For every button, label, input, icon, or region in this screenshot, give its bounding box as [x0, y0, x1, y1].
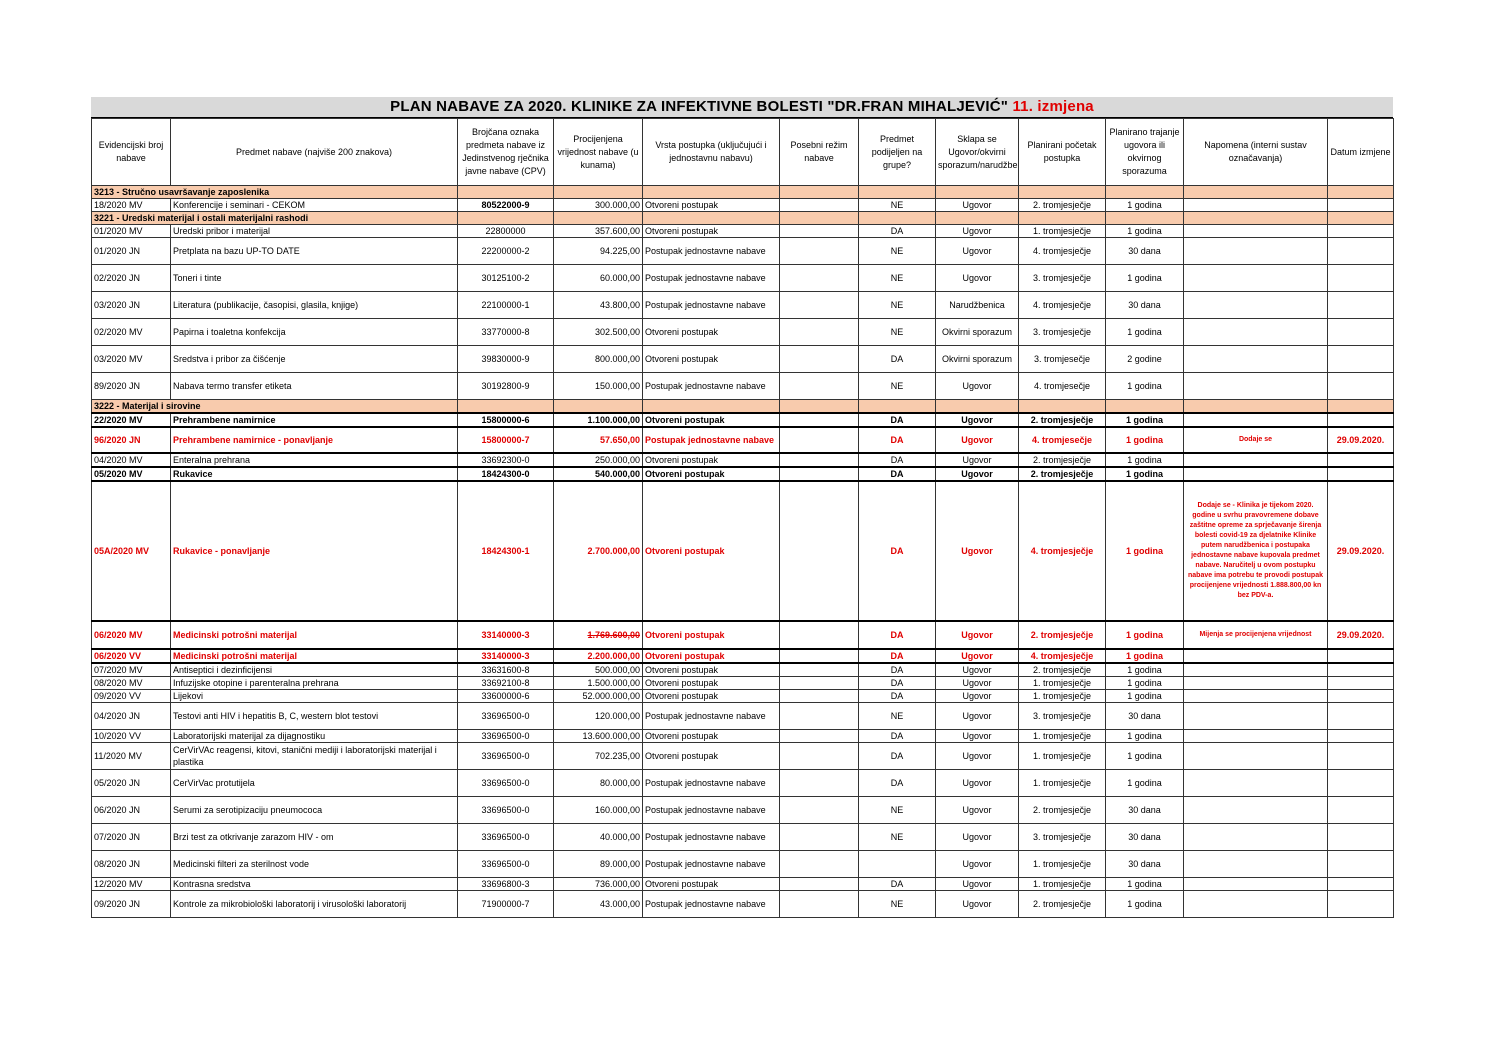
section-empty-cell	[780, 186, 859, 199]
cell-id: 09/2020 JN	[92, 891, 171, 918]
cell-duration: 1 godina	[1106, 413, 1184, 427]
cell-groups: DA	[859, 427, 936, 453]
cell-cpv: 33696800-3	[458, 878, 554, 891]
cell-duration: 1 godina	[1106, 730, 1184, 743]
cell-value: 40.000,00	[554, 824, 643, 851]
cell-duration: 30 dana	[1106, 238, 1184, 265]
cell-start: 1. tromjesječje	[1019, 878, 1106, 891]
cell-id: 01/2020 MV	[92, 225, 171, 238]
col-header: Predmet podijeljen na grupe?	[859, 119, 936, 186]
cell-note	[1184, 824, 1328, 851]
table-row: 89/2020 JNNabava termo transfer etiketa3…	[92, 373, 1394, 400]
cell-procedure: Postupak jednostavne nabave	[643, 770, 780, 797]
cell-duration: 1 godina	[1106, 427, 1184, 453]
cell-procedure: Otvoreni postupak	[643, 199, 780, 212]
cell-duration: 1 godina	[1106, 265, 1184, 292]
table-body: 3213 - Stručno usavršavanje zaposlenika1…	[92, 186, 1394, 918]
cell-special	[780, 690, 859, 703]
cell-value: 1.500.000,00	[554, 677, 643, 690]
table-row: 05/2020 JNCerVirVac protutijela33696500-…	[92, 770, 1394, 797]
section-empty-cell	[1106, 186, 1184, 199]
cell-cpv: 22100000-1	[458, 292, 554, 319]
table-row: 03/2020 JNLiteratura (publikacije, časop…	[92, 292, 1394, 319]
cell-contract: Ugovor	[936, 677, 1019, 690]
cell-special	[780, 730, 859, 743]
cell-id: 07/2020 MV	[92, 663, 171, 677]
cell-note	[1184, 730, 1328, 743]
cell-value: 43.800,00	[554, 292, 643, 319]
cell-date: 29.09.2020.	[1328, 427, 1394, 453]
cell-procedure: Postupak jednostavne nabave	[643, 851, 780, 878]
cell-start: 2. tromjesječje	[1019, 663, 1106, 677]
cell-procedure: Otvoreni postupak	[643, 225, 780, 238]
cell-subject: Kontrasna sredstva	[171, 878, 458, 891]
cell-date	[1328, 649, 1394, 663]
cell-groups: DA	[859, 690, 936, 703]
cell-cpv: 15800000-6	[458, 413, 554, 427]
cell-note	[1184, 649, 1328, 663]
cell-start: 4. tromjesječje	[1019, 238, 1106, 265]
cell-contract: Ugovor	[936, 690, 1019, 703]
cell-contract: Narudžbenica	[936, 292, 1019, 319]
cell-note	[1184, 467, 1328, 481]
cell-contract: Ugovor	[936, 199, 1019, 212]
cell-start: 4. tromjesečje	[1019, 427, 1106, 453]
cell-start: 2. tromjesječje	[1019, 453, 1106, 467]
cell-note	[1184, 878, 1328, 891]
cell-start: 2. tromjesječje	[1019, 891, 1106, 918]
cell-start: 1. tromjesječje	[1019, 770, 1106, 797]
cell-date	[1328, 413, 1394, 427]
cell-special	[780, 703, 859, 730]
section-empty-cell	[1184, 400, 1328, 414]
cell-contract: Ugovor	[936, 891, 1019, 918]
table-row: 07/2020 MVAntiseptici i dezinficijensi33…	[92, 663, 1394, 677]
cell-contract: Ugovor	[936, 621, 1019, 649]
cell-note	[1184, 292, 1328, 319]
cell-cpv: 30192800-9	[458, 373, 554, 400]
cell-subject: Papirna i toaletna konfekcija	[171, 319, 458, 346]
cell-contract: Ugovor	[936, 453, 1019, 467]
cell-value: 89.000,00	[554, 851, 643, 878]
cell-id: 08/2020 JN	[92, 851, 171, 878]
cell-procedure: Postupak jednostavne nabave	[643, 292, 780, 319]
cell-value: 1.769.600,00	[554, 621, 643, 649]
cell-duration: 30 dana	[1106, 292, 1184, 319]
cell-contract: Ugovor	[936, 703, 1019, 730]
cell-duration: 1 godina	[1106, 199, 1184, 212]
cell-start: 2. tromjesječje	[1019, 797, 1106, 824]
cell-id: 03/2020 JN	[92, 292, 171, 319]
section-empty-cell	[1328, 400, 1394, 414]
table-row: 04/2020 MVEnteralna prehrana33692300-025…	[92, 453, 1394, 467]
table-row: 01/2020 MVUredski pribor i materijal2280…	[92, 225, 1394, 238]
cell-note	[1184, 703, 1328, 730]
cell-id: 05/2020 JN	[92, 770, 171, 797]
cell-groups: NE	[859, 265, 936, 292]
cell-start: 1. tromjesječje	[1019, 690, 1106, 703]
col-header: Planirano trajanje ugovora ili okvirnog …	[1106, 119, 1184, 186]
cell-value: 2.200.000,00	[554, 649, 643, 663]
cell-procedure: Otvoreni postupak	[643, 467, 780, 481]
table-row: 03/2020 MVSredstva i pribor za čišćenje3…	[92, 346, 1394, 373]
cell-start: 4. tromjesječje	[1019, 649, 1106, 663]
cell-procedure: Otvoreni postupak	[643, 319, 780, 346]
section-empty-cell	[1328, 212, 1394, 225]
table-row: 08/2020 JNMedicinski filteri za sterilno…	[92, 851, 1394, 878]
cell-value: 357.600,00	[554, 225, 643, 238]
cell-procedure: Postupak jednostavne nabave	[643, 824, 780, 851]
cell-contract: Ugovor	[936, 649, 1019, 663]
cell-special	[780, 621, 859, 649]
cell-start: 3. tromjesječje	[1019, 319, 1106, 346]
cell-contract: Okvirni sporazum	[936, 346, 1019, 373]
cell-id: 02/2020 MV	[92, 319, 171, 346]
cell-id: 03/2020 MV	[92, 346, 171, 373]
cell-value: 736.000,00	[554, 878, 643, 891]
cell-note	[1184, 770, 1328, 797]
cell-value: 1.100.000,00	[554, 413, 643, 427]
cell-value: 13.600.000,00	[554, 730, 643, 743]
cell-duration: 30 dana	[1106, 824, 1184, 851]
section-empty-cell	[458, 186, 554, 199]
cell-cpv: 15800000-7	[458, 427, 554, 453]
cell-start: 1. tromjesječje	[1019, 677, 1106, 690]
cell-value: 94.225,00	[554, 238, 643, 265]
cell-procedure: Otvoreni postupak	[643, 481, 780, 621]
cell-date	[1328, 891, 1394, 918]
cell-special	[780, 292, 859, 319]
procurement-plan-sheet: PLAN NABAVE ZA 2020. KLINIKE ZA INFEKTIV…	[91, 97, 1393, 918]
table-row: 96/2020 JNPrehrambene namirnice - ponavl…	[92, 427, 1394, 453]
table-row: 01/2020 JNPretplata na bazu UP-TO DATE22…	[92, 238, 1394, 265]
cell-procedure: Postupak jednostavne nabave	[643, 238, 780, 265]
cell-cpv: 39830000-9	[458, 346, 554, 373]
title-main: PLAN NABAVE ZA 2020. KLINIKE ZA INFEKTIV…	[390, 98, 1008, 115]
cell-subject: Testovi anti HIV i hepatitis B, C, weste…	[171, 703, 458, 730]
cell-start: 4. tromjesečje	[1019, 373, 1106, 400]
section-empty-cell	[780, 212, 859, 225]
cell-subject: Medicinski potrošni materijal	[171, 621, 458, 649]
cell-start: 3. tromjesječje	[1019, 824, 1106, 851]
cell-subject: Rukavice - ponavljanje	[171, 481, 458, 621]
table-row: 06/2020 JNSerumi za serotipizaciju pneum…	[92, 797, 1394, 824]
cell-value: 120.000,00	[554, 703, 643, 730]
cell-date	[1328, 467, 1394, 481]
cell-value: 2.700.000,00	[554, 481, 643, 621]
cell-subject: Nabava termo transfer etiketa	[171, 373, 458, 400]
section-label: 3222 - Materijal i sirovine	[92, 400, 458, 414]
table-row: 04/2020 JNTestovi anti HIV i hepatitis B…	[92, 703, 1394, 730]
section-empty-cell	[859, 186, 936, 199]
section-empty-cell	[1184, 186, 1328, 199]
cell-subject: Prehrambene namirnice - ponavljanje	[171, 427, 458, 453]
cell-duration: 1 godina	[1106, 878, 1184, 891]
cell-start: 3. tromjesečje	[1019, 346, 1106, 373]
cell-id: 04/2020 MV	[92, 453, 171, 467]
cell-value: 80.000,00	[554, 770, 643, 797]
cell-date	[1328, 199, 1394, 212]
cell-duration: 30 dana	[1106, 851, 1184, 878]
section-empty-cell	[1184, 212, 1328, 225]
cell-date: 29.09.2020.	[1328, 481, 1394, 621]
cell-id: 12/2020 MV	[92, 878, 171, 891]
table-row: 10/2020 VVLaboratorijski materijal za di…	[92, 730, 1394, 743]
cell-date	[1328, 851, 1394, 878]
cell-contract: Ugovor	[936, 730, 1019, 743]
table-row: 09/2020 JNKontrole za mikrobiološki labo…	[92, 891, 1394, 918]
section-empty-cell	[1328, 186, 1394, 199]
table-row: 22/2020 MVPrehrambene namirnice15800000-…	[92, 413, 1394, 427]
cell-id: 04/2020 JN	[92, 703, 171, 730]
cell-date	[1328, 770, 1394, 797]
cell-date	[1328, 743, 1394, 770]
cell-contract: Ugovor	[936, 797, 1019, 824]
cell-subject: CerVirVac protutijela	[171, 770, 458, 797]
cell-value: 540.000,00	[554, 467, 643, 481]
cell-special	[780, 199, 859, 212]
table-row: 02/2020 JNToneri i tinte30125100-260.000…	[92, 265, 1394, 292]
cell-cpv: 22200000-2	[458, 238, 554, 265]
procurement-table: Evidencijski broj nabave Predmet nabave …	[91, 118, 1394, 918]
cell-subject: Prehrambene namirnice	[171, 413, 458, 427]
cell-id: 06/2020 VV	[92, 649, 171, 663]
cell-procedure: Postupak jednostavne nabave	[643, 797, 780, 824]
cell-subject: Medicinski potrošni materijal	[171, 649, 458, 663]
cell-cpv: 33696500-0	[458, 797, 554, 824]
cell-duration: 1 godina	[1106, 467, 1184, 481]
cell-groups: NE	[859, 891, 936, 918]
cell-start: 4. tromjesječje	[1019, 292, 1106, 319]
cell-id: 22/2020 MV	[92, 413, 171, 427]
cell-subject: Konferencije i seminari - CEKOM	[171, 199, 458, 212]
cell-note	[1184, 677, 1328, 690]
cell-special	[780, 319, 859, 346]
cell-cpv: 33696500-0	[458, 851, 554, 878]
cell-duration: 1 godina	[1106, 770, 1184, 797]
cell-special	[780, 453, 859, 467]
col-header: Predmet nabave (najviše 200 znakova)	[171, 119, 458, 186]
cell-procedure: Otvoreni postupak	[643, 453, 780, 467]
cell-procedure: Postupak jednostavne nabave	[643, 265, 780, 292]
cell-subject: Serumi za serotipizaciju pneumococa	[171, 797, 458, 824]
cell-subject: Kontrole za mikrobiološki laboratorij i …	[171, 891, 458, 918]
cell-id: 06/2020 MV	[92, 621, 171, 649]
cell-id: 05/2020 MV	[92, 467, 171, 481]
cell-id: 01/2020 JN	[92, 238, 171, 265]
cell-start: 2. tromjesječje	[1019, 467, 1106, 481]
cell-duration: 1 godina	[1106, 319, 1184, 346]
cell-subject: Pretplata na bazu UP-TO DATE	[171, 238, 458, 265]
cell-duration: 30 dana	[1106, 703, 1184, 730]
cell-special	[780, 238, 859, 265]
cell-groups: DA	[859, 649, 936, 663]
cell-cpv: 33140000-3	[458, 621, 554, 649]
cell-cpv: 80522000-9	[458, 199, 554, 212]
cell-groups: NE	[859, 373, 936, 400]
cell-contract: Ugovor	[936, 413, 1019, 427]
col-header: Planirani početak postupka	[1019, 119, 1106, 186]
cell-cpv: 33696500-0	[458, 770, 554, 797]
cell-date	[1328, 225, 1394, 238]
table-row: 05/2020 MVRukavice18424300-0540.000,00Ot…	[92, 467, 1394, 481]
cell-duration: 30 dana	[1106, 797, 1184, 824]
table-row: 07/2020 JNBrzi test za otkrivanje zarazo…	[92, 824, 1394, 851]
section-empty-cell	[936, 400, 1019, 414]
cell-duration: 1 godina	[1106, 481, 1184, 621]
cell-subject: Lijekovi	[171, 690, 458, 703]
cell-cpv: 33696500-0	[458, 703, 554, 730]
section-empty-cell	[936, 186, 1019, 199]
cell-duration: 1 godina	[1106, 621, 1184, 649]
cell-note	[1184, 413, 1328, 427]
cell-procedure: Otvoreni postupak	[643, 663, 780, 677]
cell-date	[1328, 690, 1394, 703]
cell-note	[1184, 199, 1328, 212]
cell-cpv: 33631600-8	[458, 663, 554, 677]
cell-special	[780, 878, 859, 891]
section-empty-cell	[458, 400, 554, 414]
cell-duration: 1 godina	[1106, 663, 1184, 677]
cell-groups: NE	[859, 199, 936, 212]
cell-procedure: Otvoreni postupak	[643, 413, 780, 427]
cell-groups: DA	[859, 453, 936, 467]
col-header: Evidencijski broj nabave	[92, 119, 171, 186]
col-header: Vrsta postupka (uključujući i jednostavn…	[643, 119, 780, 186]
cell-id: 11/2020 MV	[92, 743, 171, 770]
section-empty-cell	[458, 212, 554, 225]
cell-duration: 1 godina	[1106, 690, 1184, 703]
cell-date	[1328, 878, 1394, 891]
col-header: Brojčana oznaka predmeta nabave iz Jedin…	[458, 119, 554, 186]
cell-procedure: Postupak jednostavne nabave	[643, 891, 780, 918]
section-empty-cell	[1106, 400, 1184, 414]
cell-procedure: Postupak jednostavne nabave	[643, 427, 780, 453]
cell-value: 500.000,00	[554, 663, 643, 677]
cell-special	[780, 427, 859, 453]
cell-note: Mijenja se procijenjena vrijednost	[1184, 621, 1328, 649]
cell-groups: DA	[859, 346, 936, 373]
cell-date	[1328, 373, 1394, 400]
cell-groups: NE	[859, 319, 936, 346]
cell-groups: NE	[859, 703, 936, 730]
cell-start: 1. tromjesječje	[1019, 851, 1106, 878]
cell-special	[780, 467, 859, 481]
cell-value: 57.650,00	[554, 427, 643, 453]
cell-date	[1328, 663, 1394, 677]
table-row: 06/2020 MVMedicinski potrošni materijal3…	[92, 621, 1394, 649]
cell-duration: 1 godina	[1106, 225, 1184, 238]
cell-date	[1328, 703, 1394, 730]
cell-subject: Sredstva i pribor za čišćenje	[171, 346, 458, 373]
cell-cpv: 22800000	[458, 225, 554, 238]
cell-special	[780, 824, 859, 851]
cell-special	[780, 225, 859, 238]
cell-duration: 1 godina	[1106, 891, 1184, 918]
cell-note	[1184, 225, 1328, 238]
cell-id: 05A/2020 MV	[92, 481, 171, 621]
cell-subject: Brzi test za otkrivanje zarazom HIV - om	[171, 824, 458, 851]
cell-note	[1184, 373, 1328, 400]
cell-special	[780, 770, 859, 797]
cell-duration: 1 godina	[1106, 649, 1184, 663]
cell-subject: Literatura (publikacije, časopisi, glasi…	[171, 292, 458, 319]
section-empty-cell	[859, 400, 936, 414]
cell-note	[1184, 238, 1328, 265]
cell-procedure: Postupak jednostavne nabave	[643, 373, 780, 400]
table-row: 08/2020 MVInfuzijske otopine i parentera…	[92, 677, 1394, 690]
cell-procedure: Otvoreni postupak	[643, 649, 780, 663]
cell-note	[1184, 319, 1328, 346]
section-empty-cell	[780, 400, 859, 414]
cell-value: 160.000,00	[554, 797, 643, 824]
cell-note	[1184, 891, 1328, 918]
cell-note	[1184, 797, 1328, 824]
cell-procedure: Otvoreni postupak	[643, 878, 780, 891]
cell-special	[780, 677, 859, 690]
section-empty-cell	[1019, 186, 1106, 199]
section-empty-cell	[1019, 400, 1106, 414]
cell-contract: Ugovor	[936, 851, 1019, 878]
section-empty-cell	[643, 212, 780, 225]
cell-date	[1328, 677, 1394, 690]
cell-note	[1184, 690, 1328, 703]
cell-start: 4. tromjesječje	[1019, 481, 1106, 621]
cell-date	[1328, 265, 1394, 292]
cell-special	[780, 481, 859, 621]
cell-value: 150.000,00	[554, 373, 643, 400]
cell-special	[780, 891, 859, 918]
cell-contract: Ugovor	[936, 427, 1019, 453]
cell-cpv: 33600000-6	[458, 690, 554, 703]
cell-date	[1328, 346, 1394, 373]
revision-label: 11. izmjena	[1012, 98, 1093, 115]
cell-cpv: 33692300-0	[458, 453, 554, 467]
table-row: 02/2020 MVPapirna i toaletna konfekcija3…	[92, 319, 1394, 346]
col-header: Sklapa se Ugovor/okvirni sporazum/narudž…	[936, 119, 1019, 186]
col-header: Procijenjena vrijednost nabave (u kunama…	[554, 119, 643, 186]
cell-start: 3. tromjesječje	[1019, 703, 1106, 730]
cell-cpv: 33770000-8	[458, 319, 554, 346]
header-row: Evidencijski broj nabave Predmet nabave …	[92, 119, 1394, 186]
cell-special	[780, 743, 859, 770]
cell-duration: 1 godina	[1106, 743, 1184, 770]
cell-value: 52.000.000,00	[554, 690, 643, 703]
cell-note: Dodaje se - Klinika je tijekom 2020. god…	[1184, 481, 1328, 621]
section-empty-cell	[554, 212, 643, 225]
cell-contract: Ugovor	[936, 878, 1019, 891]
col-header: Napomena (interni sustav označavanja)	[1184, 119, 1328, 186]
cell-groups: NE	[859, 797, 936, 824]
cell-subject: Laboratorijski materijal za dijagnostiku	[171, 730, 458, 743]
cell-cpv: 30125100-2	[458, 265, 554, 292]
cell-procedure: Otvoreni postupak	[643, 690, 780, 703]
cell-id: 96/2020 JN	[92, 427, 171, 453]
cell-groups: DA	[859, 467, 936, 481]
table-row: 18/2020 MVKonferencije i seminari - CEKO…	[92, 199, 1394, 212]
cell-duration: 1 godina	[1106, 453, 1184, 467]
col-header: Posebni režim nabave	[780, 119, 859, 186]
cell-groups: DA	[859, 743, 936, 770]
table-row: 05A/2020 MVRukavice - ponavljanje1842430…	[92, 481, 1394, 621]
cell-procedure: Otvoreni postupak	[643, 730, 780, 743]
cell-contract: Ugovor	[936, 770, 1019, 797]
cell-contract: Ugovor	[936, 373, 1019, 400]
table-row: 06/2020 VVMedicinski potrošni materijal3…	[92, 649, 1394, 663]
cell-subject: CerVirVAc reagensi, kitovi, stanični med…	[171, 743, 458, 770]
cell-start: 2. tromjesječje	[1019, 413, 1106, 427]
table-row: 09/2020 VVLijekovi33600000-652.000.000,0…	[92, 690, 1394, 703]
